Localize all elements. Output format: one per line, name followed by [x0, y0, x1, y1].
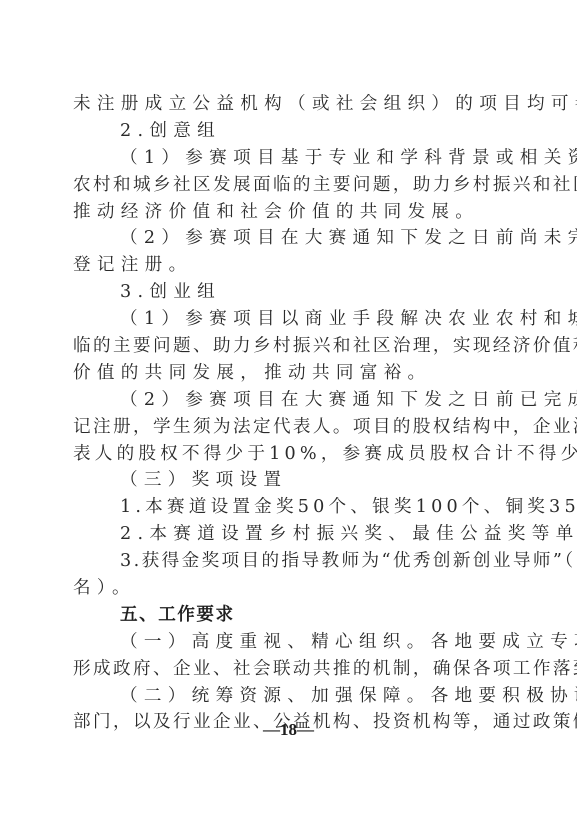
text-line: 形成政府、企业、社会联动共推的机制，确保各项工作落到实处。 [73, 656, 505, 683]
text-line: 未注册成立公益机构（或社会组织）的项目均可参赛。 [73, 91, 505, 118]
text-line: 表人的股权不得少于10%，参赛成员股权合计不得少于1/3。 [73, 441, 505, 468]
text-line: 临的主要问题、助力乡村振兴和社区治理，实现经济价值和社会 [73, 333, 505, 360]
text-line: （2）参赛项目在大赛通知下发之日前尚未完成工商等各类 [73, 225, 505, 252]
text-line: （2）参赛项目在大赛通知下发之日前已完成工商等各类登 [73, 387, 505, 414]
section-heading-creative-group: 2.创意组 [73, 118, 505, 145]
document-body: 未注册成立公益机构（或社会组织）的项目均可参赛。 2.创意组 （1）参赛项目基于… [73, 91, 505, 736]
text-line: 价值的共同发展，推动共同富裕。 [73, 360, 505, 387]
text-line: （二）统筹资源、加强保障。各地要积极协调地方政府有关 [73, 683, 505, 710]
text-line: 农村和城乡社区发展面临的主要问题，助力乡村振兴和社区治理， [73, 172, 505, 199]
text-line: 记注册，学生须为法定代表人。项目的股权结构中，企业法定代 [73, 414, 505, 441]
section-heading-work-requirements: 五、工作要求 [73, 602, 505, 629]
text-line: 2.本赛道设置乡村振兴奖、最佳公益奖等单项奖。 [73, 521, 505, 548]
text-line: （一）高度重视、精心组织。各地要成立专项工作组，推动 [73, 629, 505, 656]
page-number: —18— [0, 720, 577, 740]
section-heading-startup-group: 3.创业组 [73, 279, 505, 306]
text-line: （1）参赛项目基于专业和学科背景或相关资源，解决农业 [73, 145, 505, 172]
section-heading-awards: （三）奖项设置 [73, 467, 505, 494]
text-line: 登记注册。 [73, 252, 505, 279]
text-line: 名）。 [73, 575, 505, 602]
text-line: 推动经济价值和社会价值的共同发展。 [73, 199, 505, 226]
text-line: （1）参赛项目以商业手段解决农业农村和城乡社区发展面 [73, 306, 505, 333]
text-line: 1.本赛道设置金奖50个、银奖100个、铜奖350个。 [73, 494, 505, 521]
text-line: 3.获得金奖项目的指导教师为“优秀创新创业导师”（限前五 [73, 548, 505, 575]
